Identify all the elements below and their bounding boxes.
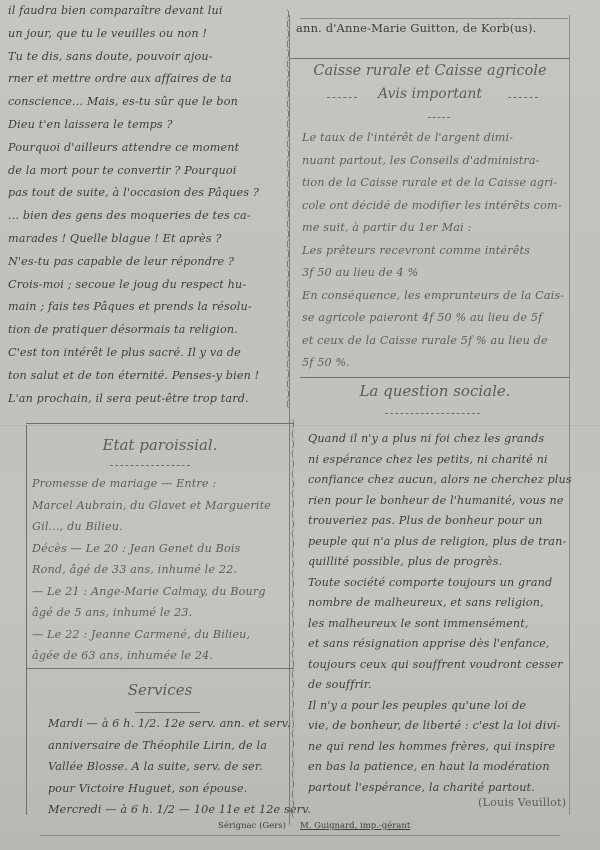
text-line: L'an prochain, il sera peut-être trop ta…: [8, 392, 249, 405]
text-line: Il n'y a pour les peuples qu'une loi de: [308, 699, 526, 712]
text-line: 5f 50 %.: [302, 356, 350, 369]
text-line: nuant partout, les Conseils d'administra…: [302, 154, 540, 167]
text-line: anniversaire de Théophile Lirin, de la: [48, 739, 267, 752]
text-line: Crois-moi ; secoue le joug du respect hu…: [8, 278, 246, 291]
text-line: ton salut et de ton éternité. Penses-y b…: [8, 369, 259, 382]
section-divider: [26, 668, 294, 669]
text-line: Gil..., du Bilieu.: [32, 520, 123, 533]
text-line: Marcel Aubrain, du Glavet et Marguerite: [32, 499, 271, 512]
text-line: pour Victoire Huguet, son épouse.: [48, 782, 247, 795]
text-line: Mercredi — à 6 h. 1/2 — 10e 11e et 12e s…: [48, 803, 311, 816]
text-line: tion de la Caisse rurale et de la Caisse…: [302, 176, 557, 189]
caisse-subtitle: Avis important: [360, 86, 500, 102]
printer-imprint: Sérignac (Gers): [218, 821, 286, 831]
text-line: ni espérance chez les petits, ni charité…: [308, 453, 548, 466]
document-page: il faudra bien comparaître devant luiun …: [0, 0, 600, 850]
text-line: marades ! Quelle blague ! Et après ?: [8, 232, 221, 245]
text-line: et sans résignation apprise dès l'enfanc…: [308, 637, 550, 650]
text-line: tion de pratiquer désormais ta religion.: [8, 323, 238, 336]
text-line: Le taux de l'intérêt de l'argent dimi-: [302, 131, 513, 144]
text-line: En conséquence, les emprunteurs de la Ca…: [302, 289, 564, 302]
text-line: pas tout de suite, à l'occasion des Pâqu…: [8, 186, 259, 199]
text-line: confiance chez aucun, alors ne cherchez …: [308, 473, 572, 486]
services-title: Services: [110, 681, 210, 699]
text-line: rien pour le bonheur de l'humanité, vous…: [308, 494, 564, 507]
title-flourish: [508, 97, 538, 99]
text-line: un jour, que tu le veuilles ou non !: [8, 27, 207, 40]
text-line: peuple qui n'a plus de religion, plus de…: [308, 535, 566, 548]
text-line: C'est ton intérêt le plus sacré. Il y va…: [8, 346, 241, 359]
left-margin-rule: [26, 425, 27, 815]
text-line: quillité possible, plus de progrès.: [308, 555, 502, 568]
question-sociale-title: La question sociale.: [350, 382, 520, 400]
text-line: Promesse de mariage — Entre :: [32, 477, 216, 490]
text-line: cole ont décidé de modifier les intérêts…: [302, 199, 562, 212]
text-line: Vallée Blosse. A la suite, serv. de ser.: [48, 760, 263, 773]
section-divider: [300, 377, 570, 378]
text-line: nombre de malheureux, et sans religion,: [308, 596, 544, 609]
text-line: me suit, à partir du 1er Mai :: [302, 221, 471, 234]
text-line: de souffrir.: [308, 678, 372, 691]
text-line: ne qui rend les hommes frères, qui inspi…: [308, 740, 555, 753]
text-line: Quand il n'y a plus ni foi chez les gran…: [308, 432, 544, 445]
title-flourish: [327, 97, 357, 99]
text-line: Pourquoi d'ailleurs attendre ce moment: [8, 141, 239, 154]
text-line: se agricole paieront 4f 50 % au lieu de …: [302, 311, 542, 324]
text-line: les malheureux le sont immensément,: [308, 617, 529, 630]
text-line: N'es-tu pas capable de leur répondre ?: [8, 255, 234, 268]
text-line: conscience... Mais, es-tu sûr que le bon: [8, 95, 238, 108]
section-divider: [290, 58, 570, 59]
text-line: de la mort pour te convertir ? Pourquoi: [8, 164, 237, 177]
text-line: il faudra bien comparaître devant lui: [8, 4, 223, 17]
text-line: — Le 21 : Ange-Marie Calmay, du Bourg: [32, 585, 266, 598]
text-line: main ; fais tes Pâques et prends la réso…: [8, 300, 252, 313]
text-line: en bas la patience, en haut la modératio…: [308, 760, 550, 773]
bottom-rule: [40, 835, 560, 836]
text-line: partout l'espérance, la charité partout.: [308, 781, 535, 794]
anniversary-line: ann. d'Anne-Marie Guitton, de Korb(us).: [296, 21, 536, 35]
text-line: — Le 22 : Jeanne Carmené, du Bilieu,: [32, 628, 250, 641]
text-line: Les prêteurs recevront comme intérêts: [302, 244, 530, 257]
quote-attribution: (Louis Veuillot): [478, 796, 566, 809]
section-divider: [26, 423, 294, 424]
text-line: et ceux de la Caisse rurale 5f % au lieu…: [302, 334, 548, 347]
text-line: âgée de 63 ans, inhumée le 24.: [32, 649, 213, 662]
etat-paroissial-title: Etat paroissial.: [70, 436, 250, 454]
paper-fold: [0, 424, 600, 427]
text-line: 3f 50 au lieu de 4 %: [302, 266, 418, 279]
text-line: âgé de 5 ans, inhumé le 23.: [32, 606, 192, 619]
title-flourish: [385, 413, 480, 415]
text-line: Dieu t'en laissera le temps ?: [8, 118, 173, 131]
right-margin-rule: [569, 15, 570, 815]
title-flourish: [428, 117, 450, 119]
text-line: ... bien des gens des moqueries de tes c…: [8, 209, 251, 222]
text-line: Rond, âgé de 33 ans, inhumé le 22.: [32, 563, 237, 576]
title-flourish: [110, 465, 190, 467]
title-underline: [135, 712, 200, 713]
text-line: toujours ceux qui souffrent voudront ces…: [308, 658, 563, 671]
caisse-title: Caisse rurale et Caisse agricole: [305, 63, 555, 79]
manager-signature: M. Guignard, imp.-gérant: [300, 821, 410, 831]
text-line: Toute société comporte toujours un grand: [308, 576, 552, 589]
top-rule: [300, 18, 568, 19]
brace-mark: (: [291, 810, 295, 820]
brace-mark: (: [286, 400, 290, 410]
text-line: Tu te dis, sans doute, pouvoir ajou-: [8, 50, 213, 63]
text-line: Décès — Le 20 : Jean Genet du Bois: [32, 542, 241, 555]
text-line: trouveriez pas. Plus de bonheur pour un: [308, 514, 543, 527]
text-line: rner et mettre ordre aux affaires de ta: [8, 72, 232, 85]
text-line: vie, de bonheur, de liberté : c'est la l…: [308, 719, 561, 732]
text-line: Mardi — à 6 h. 1/2. 12e serv. ann. et se…: [48, 717, 291, 730]
